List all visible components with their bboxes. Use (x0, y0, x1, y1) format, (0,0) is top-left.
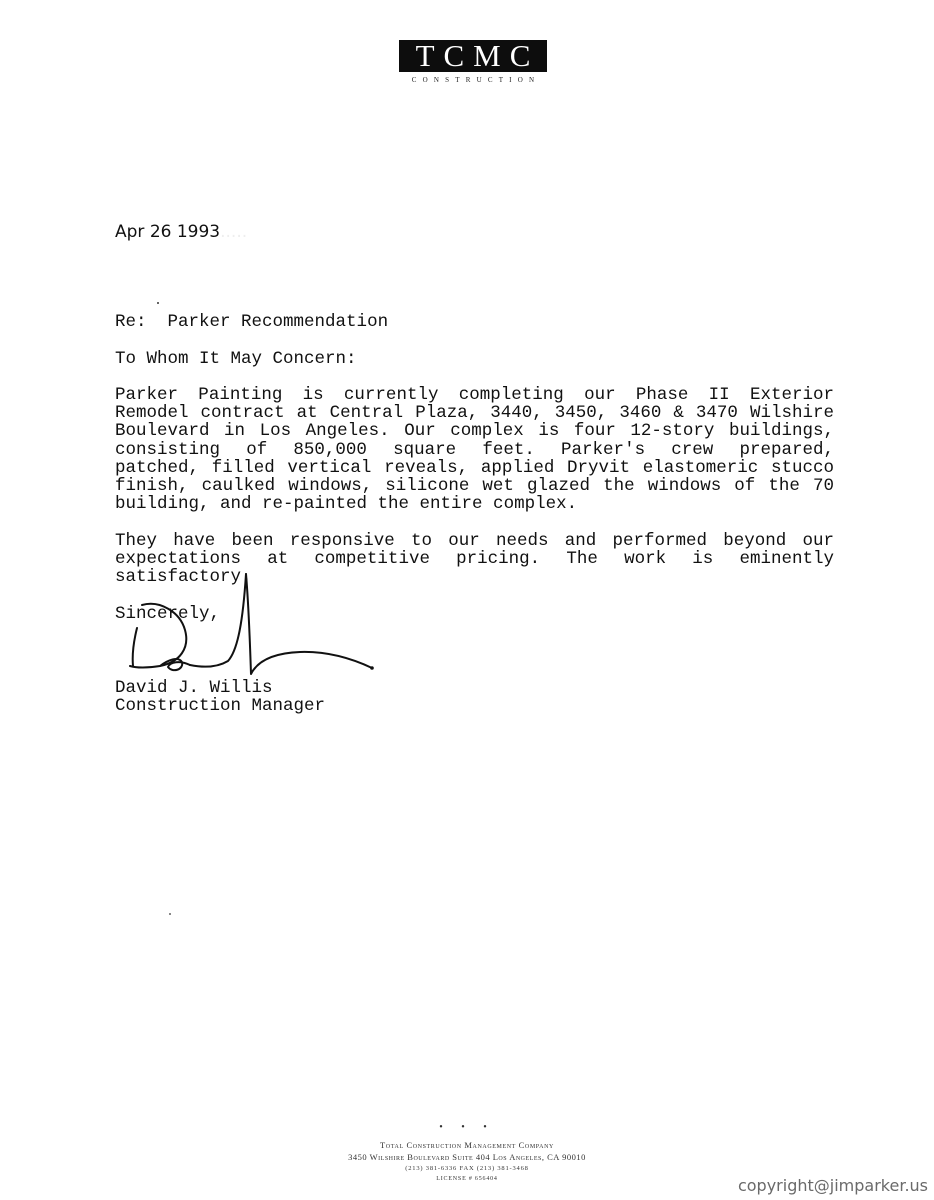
letter-date: Apr 26 1993..... (115, 222, 247, 242)
paragraph-line: Boulevard in Los Angeles. Our complex is… (115, 422, 834, 440)
subject-line: Re: Parker Recommendation (115, 313, 388, 331)
paragraph-line: patched, filled vertical reveals, applie… (115, 459, 834, 477)
signer-name: David J. Willis (115, 679, 273, 697)
subject-text: Parker Recommendation (168, 312, 389, 332)
signer-title: Construction Manager (115, 697, 325, 715)
paragraph-line: They have been responsive to our needs a… (115, 532, 834, 550)
handwritten-signature (0, 0, 934, 1200)
paragraph-line: building, and re-painted the entire comp… (115, 495, 834, 513)
paragraph-line: satisfactory. (115, 568, 834, 586)
body-paragraph-2: They have been responsive to our needs a… (115, 532, 834, 587)
company-logo: TCMC CONSTRUCTION (399, 40, 547, 84)
paragraph-line: Remodel contract at Central Plaza, 3440,… (115, 404, 834, 422)
paragraph-line: finish, caulked windows, silicone wet gl… (115, 477, 834, 495)
footer-address: 3450 Wilshire Boulevard Suite 404 Los An… (0, 1152, 934, 1162)
footer-company-name: Total Construction Management Company (0, 1140, 934, 1150)
date-ghost-mark: ..... (220, 222, 247, 242)
body-paragraph-1: Parker Painting is currently completing … (115, 386, 834, 513)
logo-subtext: CONSTRUCTION (399, 76, 547, 84)
paragraph-line: expectations at competitive pricing. The… (115, 550, 834, 568)
paragraph-line: consisting of 850,000 square feet. Parke… (115, 441, 834, 459)
copyright-watermark: copyright@jimparker.us (738, 1176, 928, 1195)
subject-label: Re: (115, 312, 147, 332)
date-text: Apr 26 1993 (115, 222, 220, 242)
footer-dots: • • • (0, 1122, 934, 1133)
closing: Sincerely, (115, 605, 220, 623)
footer-phone-fax: (213) 381-6336 FAX (213) 381-3468 (0, 1165, 934, 1172)
paragraph-line: Parker Painting is currently completing … (115, 386, 834, 404)
logo-mark: TCMC (399, 40, 547, 72)
scan-speck (157, 302, 159, 304)
salutation: To Whom It May Concern: (115, 350, 357, 368)
scan-speck (169, 913, 171, 915)
